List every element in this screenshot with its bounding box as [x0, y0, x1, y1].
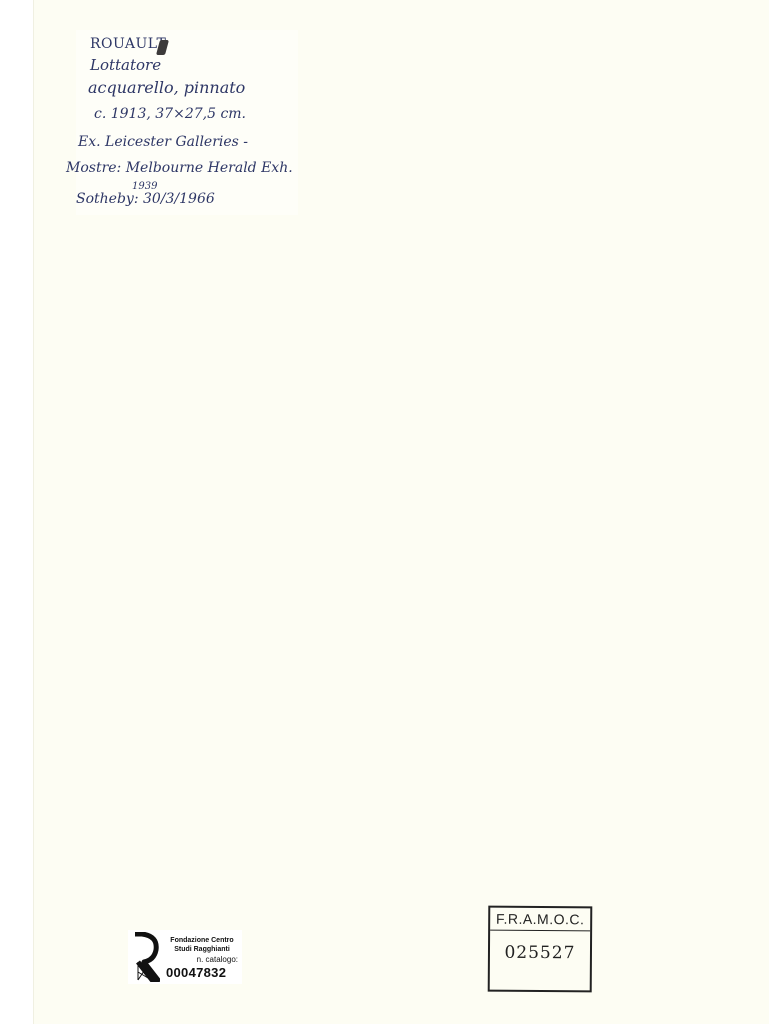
note-medium: acquarello, pinnato: [88, 78, 245, 97]
note-sale: Sotheby: 30/3/1966: [76, 191, 215, 207]
framoc-header: F.R.A.M.O.C.: [490, 908, 590, 932]
note-provenance: Ex. Leicester Galleries -: [78, 134, 248, 150]
framoc-number: 025527: [490, 943, 590, 964]
catalog-label: n. catalogo:: [166, 955, 238, 965]
r-monogram-icon: [132, 932, 160, 982]
fcsr-org-line1: Fondazione Centro: [166, 936, 238, 945]
note-title: Lottatore: [90, 56, 161, 74]
note-artist: ROUAULT: [90, 36, 166, 52]
fcsr-org-line2: Studi Ragghianti: [166, 945, 238, 954]
fcsr-catalog-sticker: Fondazione Centro Studi Ragghianti n. ca…: [128, 930, 242, 984]
note-date-size: c. 1913, 37×27,5 cm.: [94, 106, 246, 122]
catalog-number: 00047832: [166, 965, 238, 980]
note-exhibitions: Mostre: Melbourne Herald Exh.: [66, 160, 293, 176]
framoc-stamp: F.R.A.M.O.C. 025527: [488, 906, 593, 993]
